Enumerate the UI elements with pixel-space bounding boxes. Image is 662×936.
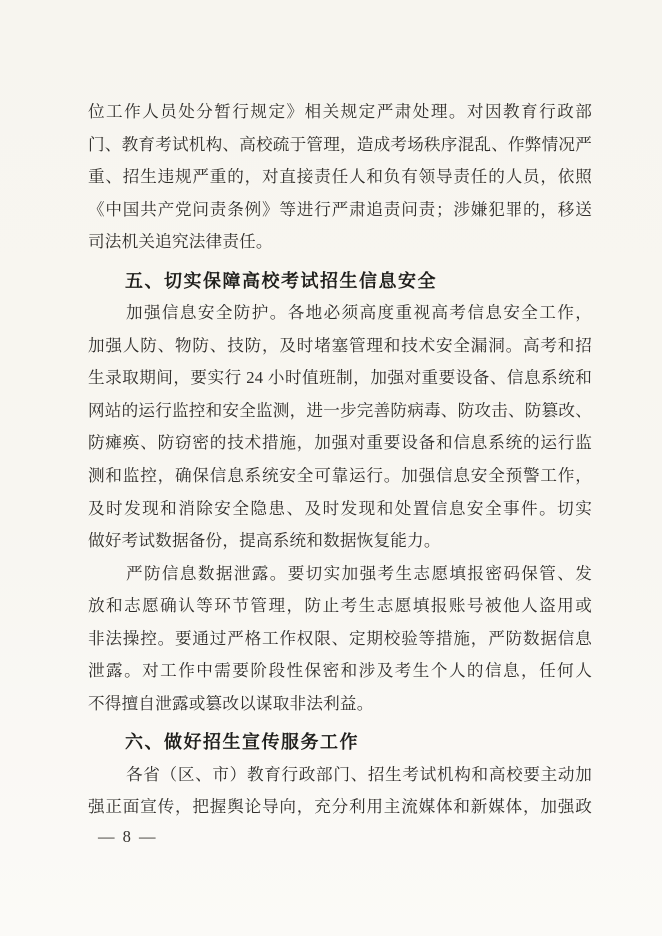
text-line: 生录取期间，要实行 24 小时值班制，加强对重要设备、信息系统和 bbox=[88, 362, 592, 395]
text-line: 防瘫痪、防窃密的技术措施，加强对重要设备和信息系统的运行监 bbox=[88, 427, 592, 460]
text-line: 网站的运行监控和安全监测，进一步完善防病毒、防攻击、防篡改、 bbox=[88, 395, 592, 428]
text-line: 泄露。对工作中需要阶段性保密和涉及考生个人的信息，任何人 bbox=[88, 655, 592, 688]
text-line: 司法机关追究法律责任。 bbox=[88, 226, 592, 259]
text-line: 强正面宣传，把握舆论导向，充分利用主流媒体和新媒体，加强政 bbox=[88, 791, 592, 824]
text-line: 重、招生违规严重的，对直接责任人和负有领导责任的人员，依照 bbox=[88, 161, 592, 194]
text-line: 加强信息安全防护。各地必须高度重视高考信息安全工作， bbox=[88, 297, 592, 330]
text-line: 放和志愿确认等环节管理，防止考生志愿填报账号被他人盗用或 bbox=[88, 590, 592, 623]
scanned-document-page: 位工作人员处分暂行规定》相关规定严肃处理。对因教育行政部 门、教育考试机构、高校… bbox=[0, 0, 662, 936]
text-line: 不得擅自泄露或篡改以谋取非法利益。 bbox=[88, 688, 592, 721]
section-heading-5: 五、切实保障高校考试招生信息安全 bbox=[88, 265, 592, 298]
text-line: 非法操控。要通过严格工作权限、定期校验等措施，严防数据信息 bbox=[88, 623, 592, 656]
text-line: 门、教育考试机构、高校疏于管理，造成考场秩序混乱、作弊情况严 bbox=[88, 129, 592, 162]
text-line: 位工作人员处分暂行规定》相关规定严肃处理。对因教育行政部 bbox=[88, 96, 592, 129]
text-line: 及时发现和消除安全隐患、及时发现和处置信息安全事件。切实 bbox=[88, 493, 592, 526]
text-line: 测和监控，确保信息系统安全可靠运行。加强信息安全预警工作， bbox=[88, 460, 592, 493]
text-line: 严防信息数据泄露。要切实加强考生志愿填报密码保管、发 bbox=[88, 558, 592, 591]
page-number: — 8 — bbox=[98, 825, 158, 849]
text-line: 《中国共产党问责条例》等进行严肃追责问责；涉嫌犯罪的，移送 bbox=[88, 194, 592, 227]
text-line: 各省（区、市）教育行政部门、招生考试机构和高校要主动加 bbox=[88, 759, 592, 792]
text-line: 做好考试数据备份，提高系统和数据恢复能力。 bbox=[88, 525, 592, 558]
document-text-block: 位工作人员处分暂行规定》相关规定严肃处理。对因教育行政部 门、教育考试机构、高校… bbox=[88, 96, 592, 824]
text-line: 加强人防、物防、技防，及时堵塞管理和技术安全漏洞。高考和招 bbox=[88, 330, 592, 363]
section-heading-6: 六、做好招生宣传服务工作 bbox=[88, 726, 592, 759]
